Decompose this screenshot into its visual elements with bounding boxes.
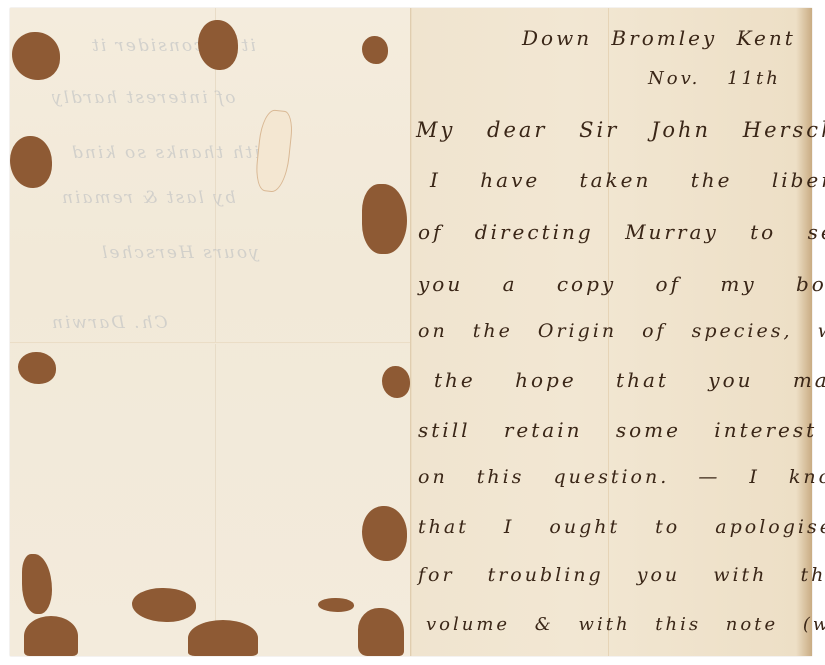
wax-stain xyxy=(18,352,56,384)
wax-stain xyxy=(12,32,60,80)
fold-crease-horizontal xyxy=(10,342,412,344)
letter-date: Nov. 11th xyxy=(648,68,781,89)
letter-line: you a copy of my book xyxy=(418,272,825,296)
wax-stain xyxy=(22,554,52,614)
letter-sheet: it to consider it of interest hardly wit… xyxy=(10,8,812,656)
letter-line: of directing Murray to send xyxy=(418,220,825,244)
wax-stain xyxy=(24,616,78,656)
wax-stain xyxy=(382,366,410,398)
wax-stain xyxy=(362,36,388,64)
wax-stain xyxy=(132,588,196,622)
left-page: it to consider it of interest hardly wit… xyxy=(10,8,412,656)
wax-stain xyxy=(358,608,404,656)
wax-stain xyxy=(188,620,258,656)
wax-stain xyxy=(362,184,407,254)
paper-tear-patch xyxy=(254,109,294,194)
letter-line: that I ought to apologise xyxy=(418,516,825,538)
letter-line: I have taken the liberty xyxy=(430,168,825,192)
bleed-through-line: by last & remain xyxy=(60,188,236,208)
bleed-through-line: Ch. Darwin xyxy=(50,313,168,333)
letter-address: Down Bromley Kent xyxy=(522,26,796,50)
wax-stain xyxy=(318,598,354,612)
letter-line: still retain some interest xyxy=(418,418,817,442)
right-page: Down Bromley Kent Nov. 11th My dear Sir … xyxy=(412,8,812,656)
bleed-through-line: of interest hardly xyxy=(50,88,236,108)
letter-line: for troubling you with the xyxy=(418,564,825,586)
bleed-through-line: with thanks so kind xyxy=(70,143,276,163)
letter-line: volume & with this note (which xyxy=(426,614,825,635)
wax-stain xyxy=(362,506,407,561)
letter-salutation: My dear Sir John Herschel xyxy=(416,118,825,142)
letter-line: the hope that you may xyxy=(434,368,825,392)
wax-stain xyxy=(198,20,238,70)
wax-stain xyxy=(10,136,52,188)
letter-line: on the Origin of species, with xyxy=(418,320,825,342)
letter-line: on this question. — I know xyxy=(418,466,825,488)
bleed-through-line: yours Herschel xyxy=(100,243,259,263)
